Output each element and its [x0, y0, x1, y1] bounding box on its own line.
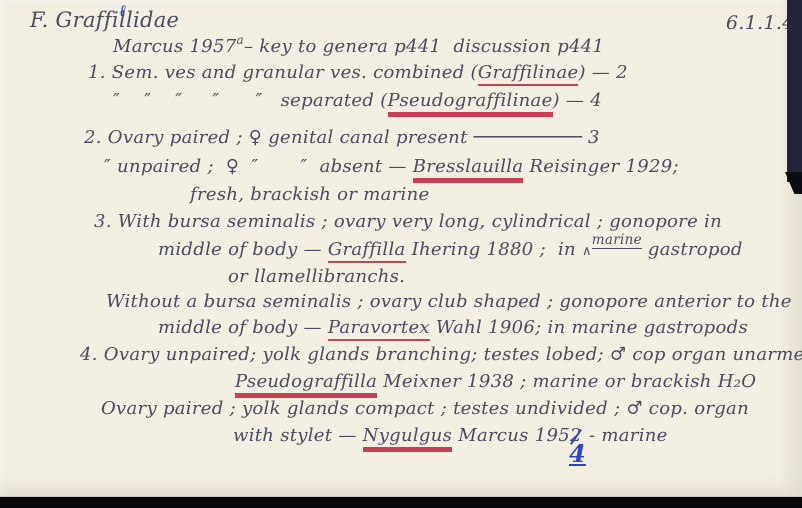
- key-line-10-text: middle of body —: [158, 317, 328, 338]
- key-line-4-text: ″ unpaired ; ♀ ″ ″ absent —: [104, 156, 413, 177]
- key-line-3-text: 2. Ovary paired ; ♀ genital canal presen…: [84, 127, 474, 148]
- family-title: F. Graffillidae: [30, 9, 179, 32]
- key-line-7-habitat: gastropod: [642, 239, 743, 260]
- key-line-3-lead: 3: [582, 127, 600, 148]
- reference-line: Marcus 1957a– key to genera p441 discuss…: [113, 34, 604, 57]
- key-line-12: Pseudograffilla Meixner 1938 ; marine or…: [235, 372, 756, 392]
- catalog-number: 6.1.1.4: [726, 13, 795, 34]
- scanned-card-page: { "palette": { "page_bg": "#07070d", "ca…: [0, 0, 802, 508]
- blue-correction-digit: 4: [569, 441, 586, 467]
- key-line-14-habitat: - marine: [583, 425, 668, 446]
- reference-superscript: a: [237, 33, 244, 47]
- key-line-7-text: middle of body —: [158, 239, 328, 260]
- taxon-bresslauilla: Bresslauilla: [413, 156, 524, 178]
- reference-author-year: Marcus 1957: [113, 36, 237, 57]
- reference-rest: – key to genera p441 discussion p441: [244, 36, 604, 57]
- scan-background-bottom: [0, 496, 802, 508]
- key-line-7: middle of body — Graffilla Ihering 1880 …: [158, 240, 743, 260]
- key-line-2-lead: ) — 4: [553, 90, 602, 111]
- key-line-2-text: ″ ″ ″ ″ ″ separated (: [113, 90, 388, 111]
- blue-insertion-mark: ℓ: [119, 1, 126, 21]
- key-line-8: or llamellibranchs.: [228, 267, 405, 287]
- insertion-word-marine: marine: [592, 232, 642, 249]
- taxon-paravortex: Paravortex: [328, 317, 430, 339]
- key-line-1: 1. Sem. ves and granular ves. combined (…: [88, 63, 628, 83]
- key-line-1-lead: ) — 2: [578, 62, 627, 83]
- key-line-9: Without a bursa seminalis ; ovary club s…: [106, 292, 792, 312]
- overwritten-digit-group: 24: [570, 426, 583, 446]
- taxon-pseudograffilla: Pseudograffilla: [235, 371, 377, 393]
- key-line-5: fresh, brackish or marine: [190, 185, 429, 205]
- taxon-graffilinae: Graffilinae: [478, 62, 579, 84]
- key-line-4: ″ unpaired ; ♀ ″ ″ absent — Bresslauilla…: [104, 157, 679, 177]
- leader-rule: ──────────: [474, 127, 582, 148]
- insertion-caret: ∧: [582, 244, 592, 259]
- key-line-3: 2. Ovary paired ; ♀ genital canal presen…: [84, 128, 600, 148]
- scan-background-right: [787, 0, 802, 182]
- key-line-14-text: with stylet —: [233, 425, 363, 446]
- key-line-13: Ovary paired ; yolk glands compact ; tes…: [101, 399, 749, 419]
- taxon-nygulgus: Nygulgus: [363, 425, 453, 447]
- key-line-1-text: 1. Sem. ves and granular ves. combined (: [88, 62, 478, 83]
- key-line-10: middle of body — Paravortex Wahl 1906; i…: [158, 318, 748, 338]
- key-line-4-authority: Reisinger 1929;: [523, 156, 678, 177]
- key-line-2: ″ ″ ″ ″ ″ separated (Pseudograffilinae) …: [113, 91, 602, 111]
- key-line-11: 4. Ovary unpaired; yolk glands branching…: [80, 345, 802, 365]
- taxon-pseudograffilinae: Pseudograffilinae: [388, 90, 553, 112]
- key-line-7-authority: Ihering 1880 ; in: [406, 239, 582, 260]
- key-line-14: with stylet — Nygulgus Marcus 19524 - ma…: [233, 426, 668, 446]
- key-line-12-authority: Meixner 1938 ; marine or brackish H₂O: [377, 371, 756, 392]
- index-card: F. Graffillidae ℓ 6.1.1.4 Marcus 1957a– …: [0, 0, 802, 497]
- key-line-6: 3. With bursa seminalis ; ovary very lon…: [94, 212, 722, 232]
- key-line-10-authority: Wahl 1906; in marine gastropods: [430, 317, 748, 338]
- family-title-text: F. Graffillidae: [30, 8, 179, 32]
- key-line-14-authority: Marcus 195: [452, 425, 570, 446]
- taxon-graffilla: Graffilla: [328, 239, 406, 261]
